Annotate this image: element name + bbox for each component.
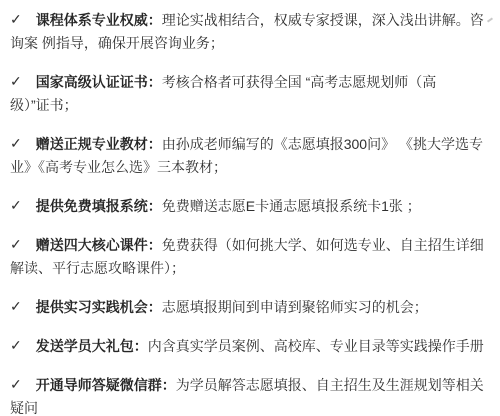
bullet-item-textbooks: ✓赠送正规专业教材：由孙成老师编写的《志愿填报300问》 《挑大学选专 业》《高… xyxy=(10,133,486,179)
bullet-label: 发送学员大礼包： xyxy=(36,338,148,354)
bullet-label: 赠送正规专业教材： xyxy=(36,136,162,152)
benefits-list: ✓课程体系专业权威：理论实战相结合，权威专家授课，深入浅出讲解。咨 询案 例指导… xyxy=(0,0,500,416)
bullet-item-courseware: ✓赠送四大核心课件：免费获得（如何挑大学、如何选专业、自主招生详细 解读、平行志… xyxy=(10,234,486,280)
bullet-item-wechat-group: ✓开通导师答疑微信群：为学员解答志愿填报、自主招生及生涯规划等相关 疑问 xyxy=(10,374,486,416)
checkmark-icon: ✓ xyxy=(10,233,22,256)
checkmark-icon: ✓ xyxy=(10,194,22,217)
bullet-label: 开通导师答疑微信群： xyxy=(36,377,176,393)
bullet-item-course-system: ✓课程体系专业权威：理论实战相结合，权威专家授课，深入浅出讲解。咨 询案 例指导… xyxy=(10,9,486,55)
bullet-item-gift-pack: ✓发送学员大礼包：内含真实学员案例、高校库、专业目录等实践操作手册 xyxy=(10,335,486,358)
checkmark-icon: ✓ xyxy=(10,70,22,93)
bullet-label: 提供实习实践机会： xyxy=(36,299,162,315)
bullet-label: 提供免费填报系统： xyxy=(36,198,162,214)
bullet-label: 赠送四大核心课件： xyxy=(36,237,162,253)
bullet-text: 志愿填报期间到申请到聚铭师实习的机会； xyxy=(162,299,428,315)
checkmark-icon: ✓ xyxy=(10,334,22,357)
bullet-text: 内含真实学员案例、高校库、专业目录等实践操作手册 xyxy=(148,338,484,354)
checkmark-icon: ✓ xyxy=(10,132,22,155)
bullet-text: 免费赠送志愿E卡通志愿填报系统卡1张 ； xyxy=(162,198,421,214)
checkmark-icon: ✓ xyxy=(10,295,22,318)
checkmark-icon: ✓ xyxy=(10,373,22,396)
checkmark-icon: ✓ xyxy=(10,8,22,31)
bullet-item-internship: ✓提供实习实践机会：志愿填报期间到申请到聚铭师实习的机会； xyxy=(10,296,486,319)
bullet-label: 课程体系专业权威： xyxy=(36,12,162,28)
bullet-item-certificate: ✓国家高级认证证书：考核合格者可获得全国 “高考志愿规划师（高 级）”证书； xyxy=(10,71,486,117)
bullet-label: 国家高级认证证书： xyxy=(36,74,162,90)
bullet-item-free-system: ✓提供免费填报系统：免费赠送志愿E卡通志愿填报系统卡1张 ； xyxy=(10,195,486,218)
